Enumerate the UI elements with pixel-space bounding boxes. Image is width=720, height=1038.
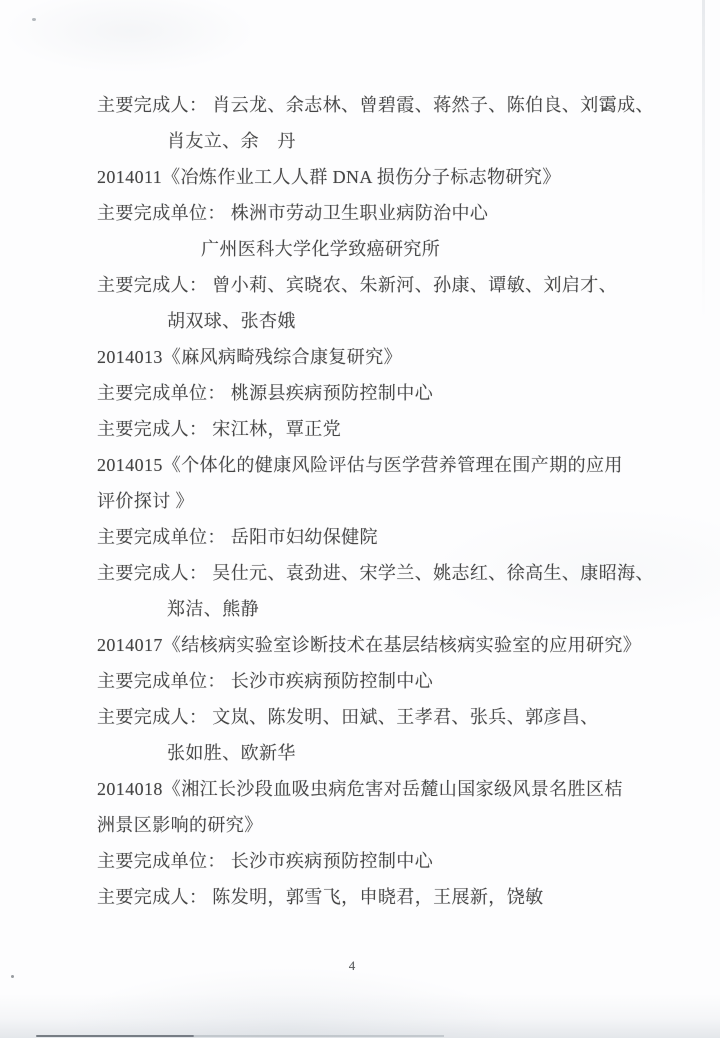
scan-edge-streak <box>702 0 705 320</box>
unit-line: 主要完成单位： 株洲市劳动卫生职业病防治中心 <box>97 195 677 231</box>
project-code-title-line: 2014018《湘江长沙段血吸虫病危害对岳麓山国家级风景名胜区桔 <box>97 771 677 807</box>
unit-line: 主要完成单位： 岳阳市妇幼保健院 <box>97 519 677 555</box>
completers-line: 主要完成人： 肖云龙、余志林、曾碧霞、蒋然子、陈伯良、刘霭成、 <box>97 87 677 123</box>
scanned-document-page: { "document": { "lines": [ { "text": "主要… <box>0 0 720 1038</box>
title-continuation-line: 评价探讨 》 <box>97 483 677 519</box>
document-body: 主要完成人： 肖云龙、余志林、曾碧霞、蒋然子、陈伯良、刘霭成、 肖友立、余 丹 … <box>97 87 677 915</box>
scan-bottom-edge-line <box>36 1035 194 1037</box>
scan-speck <box>11 975 14 978</box>
unit-line: 主要完成单位： 长沙市疾病预防控制中心 <box>97 843 677 879</box>
scan-bottom-edge-line-faint <box>194 1035 444 1037</box>
completers-continuation-line: 郑洁、熊静 <box>97 591 677 627</box>
project-code-title-line: 2014015《个体化的健康风险评估与医学营养管理在围产期的应用 <box>97 447 677 483</box>
page-number: 4 <box>338 956 366 976</box>
completers-continuation-line: 张如胜、欧新华 <box>97 735 677 771</box>
completers-line: 主要完成人： 吴仕元、袁劲进、宋学兰、姚志红、徐高生、康昭海、 <box>97 555 677 591</box>
completers-line: 主要完成人： 陈发明，郭雪飞，申晓君，王展新，饶敏 <box>97 879 677 915</box>
project-code-title-line: 2014011《冶炼作业工人人群 DNA 损伤分子标志物研究》 <box>97 159 677 195</box>
completers-line: 主要完成人： 曾小莉、宾晓农、朱新河、孙康、谭敏、刘启才、 <box>97 267 677 303</box>
title-continuation-line: 洲景区影响的研究》 <box>97 807 677 843</box>
project-code-title-line: 2014017《结核病实验室诊断技术在基层结核病实验室的应用研究》 <box>97 627 677 663</box>
completers-continuation-line: 肖友立、余 丹 <box>97 123 677 159</box>
scan-speck <box>32 18 36 21</box>
project-code-title-line: 2014013《麻风病畸残综合康复研究》 <box>97 339 677 375</box>
completers-line: 主要完成人： 宋江林，覃正党 <box>97 411 677 447</box>
unit-line: 主要完成单位： 长沙市疾病预防控制中心 <box>97 663 677 699</box>
completers-line: 主要完成人： 文岚、陈发明、田斌、王孝君、张兵、郭彦昌、 <box>97 699 677 735</box>
unit-line: 主要完成单位： 桃源县疾病预防控制中心 <box>97 375 677 411</box>
completers-continuation-line: 胡双球、张杏娥 <box>97 303 677 339</box>
unit-continuation-line: 广州医科大学化学致癌研究所 <box>97 231 677 267</box>
scan-bottom-shade <box>0 994 720 1038</box>
